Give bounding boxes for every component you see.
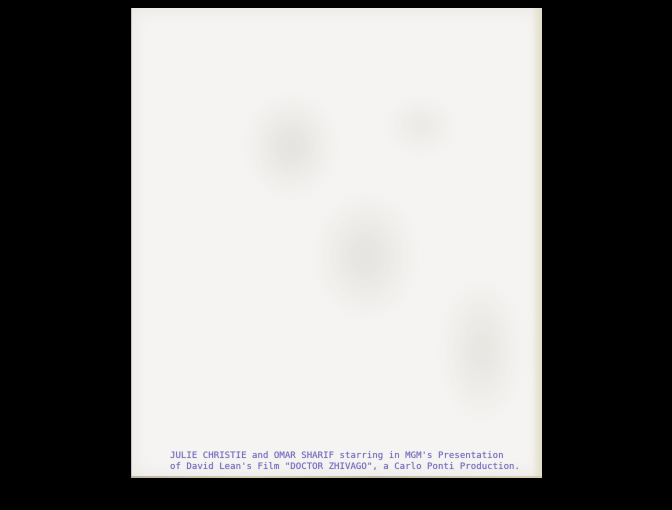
photo-bleedthrough-ghost [426,248,536,453]
paper-left-edge-line [131,8,132,478]
photo-scan-background: JULIE CHRISTIE and OMAR SHARIF starring … [0,0,672,510]
typed-caption: JULIE CHRISTIE and OMAR SHARIF starring … [170,451,530,473]
photo-paper-back: JULIE CHRISTIE and OMAR SHARIF starring … [131,8,542,478]
typed-caption-line-1: JULIE CHRISTIE and OMAR SHARIF starring … [170,451,530,462]
paper-right-edge-tint [532,8,542,478]
photo-bleedthrough-ghost [376,88,466,163]
photo-bleedthrough-ghost [231,76,351,216]
photo-bleedthrough-ghost [296,166,436,346]
paper-bottom-edge-line [131,476,542,478]
typed-caption-line-2: of David Lean's Film "DOCTOR ZHIVAGO", a… [170,462,530,473]
